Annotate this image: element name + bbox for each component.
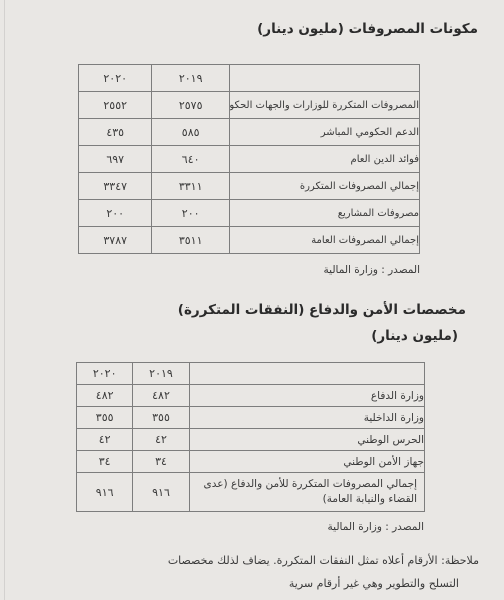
table-row: جهاز الأمن الوطني ٣٤ ٣٤ xyxy=(77,451,425,473)
value-2019: ٢٥٧٥ xyxy=(152,92,229,119)
value-2020: ٣٣٤٧ xyxy=(79,173,152,200)
value-2020: ٤٣٥ xyxy=(79,119,152,146)
expenditure-components-table: ٢٠١٩ ٢٠٢٠ المصروفات المتكررة للوزارات وا… xyxy=(78,64,420,254)
source-note-2: المصدر : وزارة المالية xyxy=(328,521,424,533)
header-year-2020: ٢٠٢٠ xyxy=(79,65,152,92)
row-label: إجمالي المصروفات المتكررة للأمن والدفاع … xyxy=(189,473,424,512)
header-empty-cell xyxy=(189,363,424,385)
value-2019: ٥٨٥ xyxy=(152,119,229,146)
section2-title: مخصصات الأمن والدفاع (النفقات المتكررة) … xyxy=(178,297,466,349)
security-defense-table: ٢٠١٩ ٢٠٢٠ وزارة الدفاع ٤٨٢ ٤٨٢ وزارة الد… xyxy=(76,362,425,512)
value-2020: ٣٤ xyxy=(77,451,133,473)
footnote-line1: ملاحظة: الأرقام أعلاه تمثل النفقات المتك… xyxy=(168,549,479,572)
value-2019: ٤٢ xyxy=(133,429,189,451)
table-row: وزارة الداخلية ٣٥٥ ٣٥٥ xyxy=(77,407,425,429)
value-2019: ٤٨٢ xyxy=(133,385,189,407)
source-note-1: المصدر : وزارة المالية xyxy=(324,264,420,276)
table-row: المصروفات المتكررة للوزارات والجهات الحك… xyxy=(79,92,420,119)
value-2019: ٢٠٠ xyxy=(152,200,229,227)
table-row: وزارة الدفاع ٤٨٢ ٤٨٢ xyxy=(77,385,425,407)
value-2020: ٢٥٥٢ xyxy=(79,92,152,119)
table-header-row: ٢٠١٩ ٢٠٢٠ xyxy=(77,363,425,385)
page-edge-line xyxy=(4,0,5,600)
section1-title: مكونات المصروفات (مليون دينار) xyxy=(257,21,478,37)
header-year-2019: ٢٠١٩ xyxy=(152,65,229,92)
table-row: الحرس الوطني ٤٢ ٤٢ xyxy=(77,429,425,451)
table-row: الدعم الحكومي المباشر ٥٨٥ ٤٣٥ xyxy=(79,119,420,146)
row-label: إجمالي المصروفات المتكررة xyxy=(229,173,419,200)
table-row: إجمالي المصروفات العامة ٣٥١١ ٣٧٨٧ xyxy=(79,227,420,254)
value-2019: ٣٤ xyxy=(133,451,189,473)
value-2019: ٣٥١١ xyxy=(152,227,229,254)
row-label: وزارة الداخلية xyxy=(189,407,424,429)
document-page: مكونات المصروفات (مليون دينار) ٢٠١٩ ٢٠٢٠… xyxy=(0,0,504,600)
value-2020: ٩١٦ xyxy=(77,473,133,512)
value-2020: ٦٩٧ xyxy=(79,146,152,173)
row-label: وزارة الدفاع xyxy=(189,385,424,407)
row-label: فوائد الدين العام xyxy=(229,146,419,173)
row-label: إجمالي المصروفات العامة xyxy=(229,227,419,254)
value-2020: ٢٠٠ xyxy=(79,200,152,227)
footnote-line2: التسلح والتطوير وهي غير أرقام سرية xyxy=(168,572,459,595)
row-label: مصروفات المشاريع xyxy=(229,200,419,227)
value-2019: ٣٥٥ xyxy=(133,407,189,429)
header-year-2019: ٢٠١٩ xyxy=(133,363,189,385)
footnote: ملاحظة: الأرقام أعلاه تمثل النفقات المتك… xyxy=(168,549,479,595)
table-row: إجمالي المصروفات المتكررة ٣٣١١ ٣٣٤٧ xyxy=(79,173,420,200)
header-year-2020: ٢٠٢٠ xyxy=(77,363,133,385)
table-row: مصروفات المشاريع ٢٠٠ ٢٠٠ xyxy=(79,200,420,227)
section2-title-line1: مخصصات الأمن والدفاع (النفقات المتكررة) xyxy=(178,297,466,323)
row-label: المصروفات المتكررة للوزارات والجهات الحك… xyxy=(229,92,419,119)
table-row-total: إجمالي المصروفات المتكررة للأمن والدفاع … xyxy=(77,473,425,512)
section2-title-line2: (مليون دينار) xyxy=(178,323,458,349)
row-label: الحرس الوطني xyxy=(189,429,424,451)
value-2019: ٦٤٠ xyxy=(152,146,229,173)
header-empty-cell xyxy=(229,65,419,92)
value-2020: ٣٥٥ xyxy=(77,407,133,429)
value-2020: ٤٢ xyxy=(77,429,133,451)
value-2020: ٣٧٨٧ xyxy=(79,227,152,254)
row-label: الدعم الحكومي المباشر xyxy=(229,119,419,146)
value-2019: ٩١٦ xyxy=(133,473,189,512)
table-header-row: ٢٠١٩ ٢٠٢٠ xyxy=(79,65,420,92)
value-2019: ٣٣١١ xyxy=(152,173,229,200)
value-2020: ٤٨٢ xyxy=(77,385,133,407)
table-row: فوائد الدين العام ٦٤٠ ٦٩٧ xyxy=(79,146,420,173)
row-label: جهاز الأمن الوطني xyxy=(189,451,424,473)
